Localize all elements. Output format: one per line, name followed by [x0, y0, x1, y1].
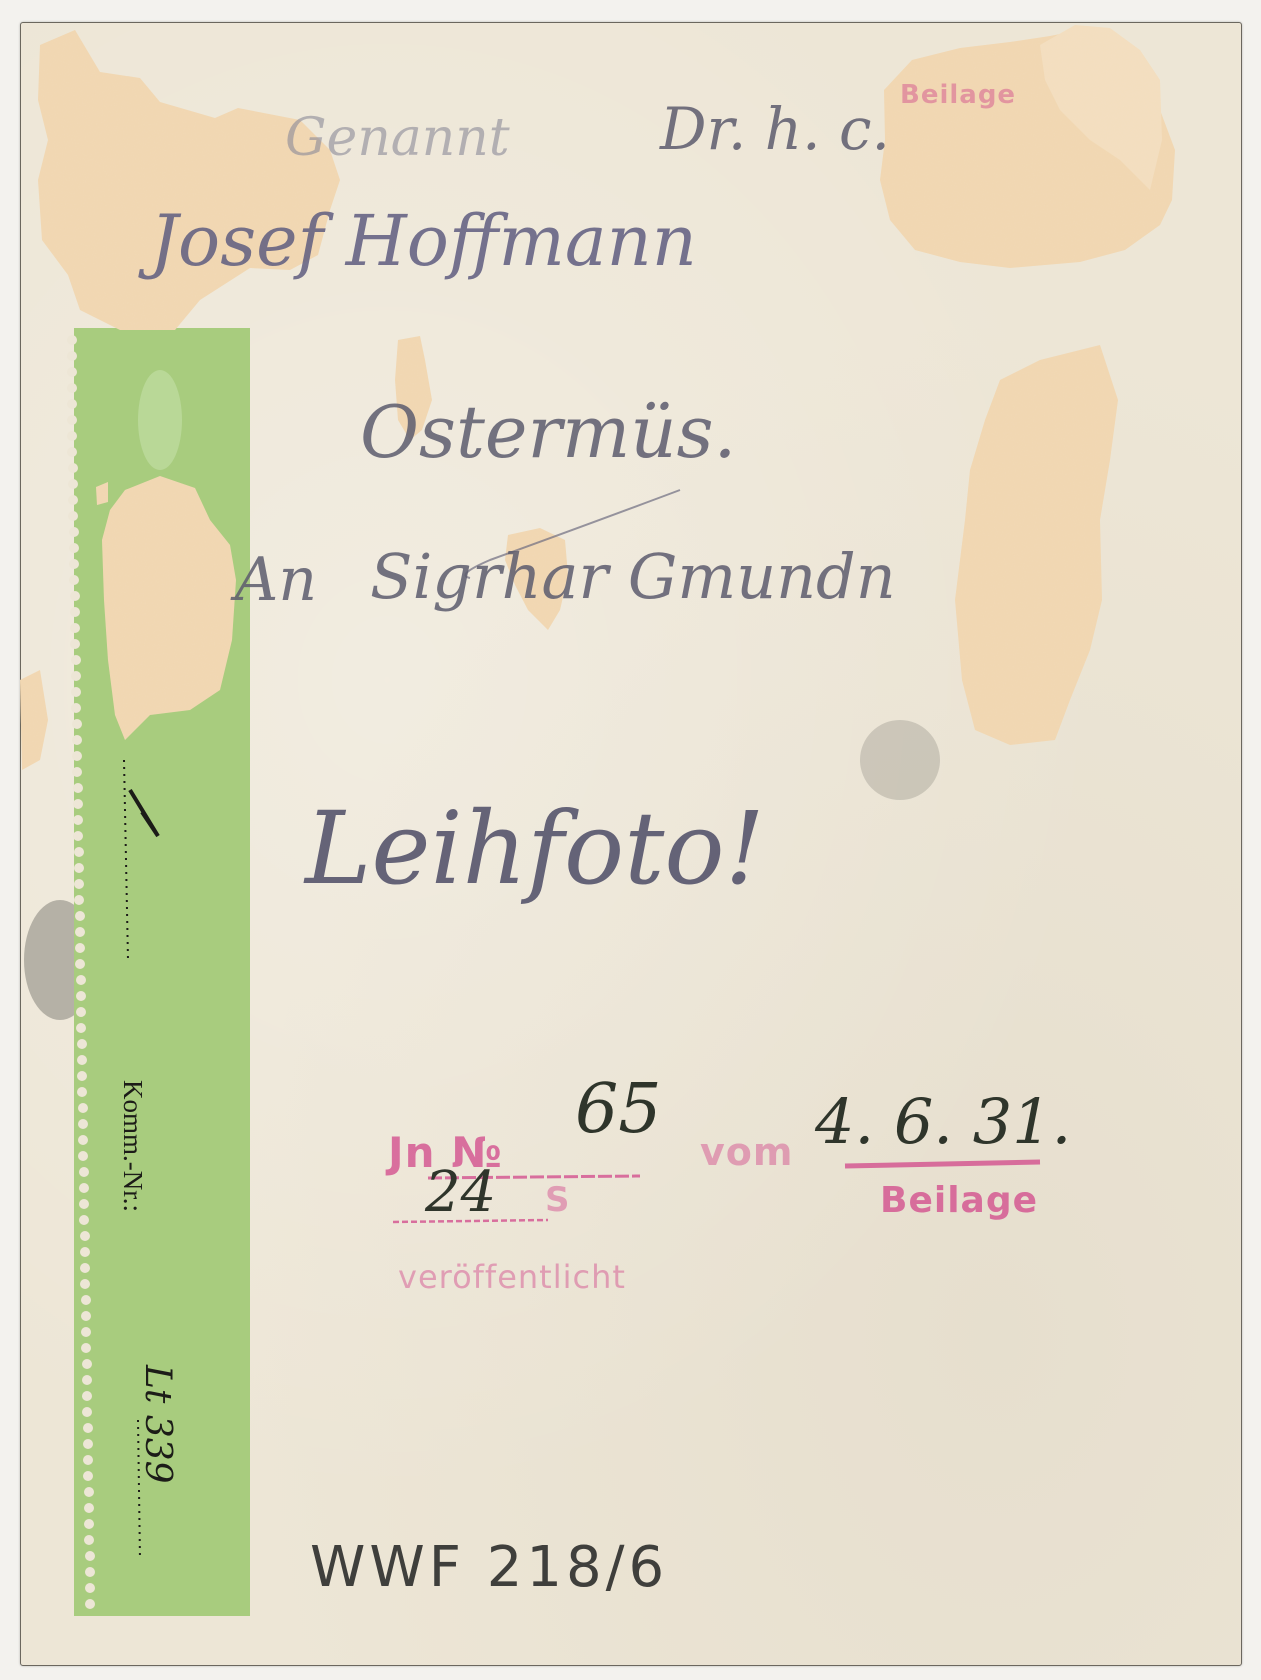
handwriting-title: Dr. h. c. — [660, 95, 890, 163]
stamp-s-partial: S — [545, 1180, 571, 1220]
handwriting-name: Josef Hoffmann — [150, 200, 697, 282]
handwriting-genannt: Genannt — [285, 108, 510, 168]
label-komm-nr: Komm.-Nr.: — [117, 1080, 148, 1212]
handwriting-date: 4. 6. 31. — [815, 1085, 1071, 1158]
handwriting-ostermues: Ostermüs. — [360, 390, 736, 474]
stamp-veroeffentlicht: veröffentlicht — [398, 1258, 626, 1296]
handwriting-an: An — [235, 545, 317, 615]
handwriting-catalog-id: WWF 218/6 — [310, 1535, 668, 1600]
handwriting-address: Sigrhar Gmundn — [370, 540, 896, 613]
stamp-beilage: Beilage — [880, 1180, 1038, 1221]
stamp-vom: vom — [700, 1130, 793, 1174]
handwriting-page-number: 24 — [425, 1160, 496, 1225]
handwriting-issue-number: 65 — [575, 1070, 662, 1149]
handwriting-leihfoto: Leihfoto! — [305, 790, 765, 907]
label-komm-nr-value: Lt 339 — [137, 1365, 178, 1484]
stamp-beilage-top: Beilage — [900, 80, 1016, 110]
